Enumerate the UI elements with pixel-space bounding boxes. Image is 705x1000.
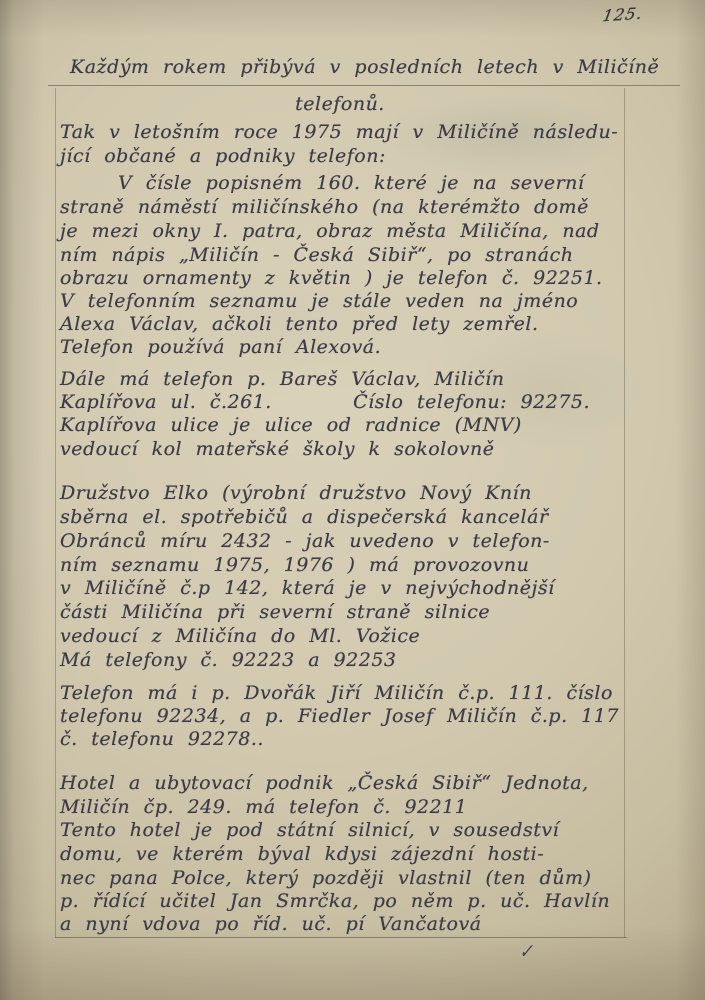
page-number: 125. [601, 4, 645, 26]
handwritten-line: vedoucí kol mateřské školy k sokolovně [60, 437, 494, 461]
handwritten-line: Alexa Václav, ačkoli tento před lety zem… [60, 312, 539, 336]
handwritten-line: telefonu 92234, a p. Fiedler Josef Milič… [60, 704, 619, 728]
handwritten-line: V čísle popisném 160. které je na severn… [118, 171, 584, 195]
checkmark-icon: ✓ [519, 941, 533, 964]
handwritten-line: Telefon používá paní Alexová. [60, 335, 381, 359]
closing-rule [55, 937, 627, 938]
handwritten-line: Dále má telefon p. Bareš Václav, Miličín [60, 367, 504, 391]
handwritten-line: Kaplířova ul. č.261. Číslo telefonu: 922… [60, 390, 590, 414]
handwritten-line: jící občané a podniky telefon: [60, 144, 386, 168]
handwritten-line: vedoucí z Miličína do Ml. Vožice [60, 624, 420, 648]
handwritten-line: Tak v letošním roce 1975 mají v Miličíně… [60, 120, 618, 144]
handwritten-line: ním nápis „Miličín - Česká Sibiř“, po st… [60, 243, 573, 267]
handwritten-line: Hotel a ubytovací podnik „Česká Sibiř“ J… [60, 771, 589, 795]
handwritten-line: domu, ve kterém býval kdysi zájezdní hos… [60, 842, 544, 866]
handwritten-line: obrazu ornamenty z květin ) je telefon č… [60, 266, 603, 290]
chronicle-page: 125. Každým rokem přibývá v posledních l… [0, 0, 705, 1000]
handwritten-line: Má telefony č. 92223 a 92253 [60, 648, 397, 672]
handwritten-line: Miličín čp. 249. má telefon č. 92211 [60, 795, 467, 819]
handwritten-line: v Miličíně č.p 142, která je v nejvýchod… [60, 576, 555, 600]
handwritten-line: č. telefonu 92278.. [60, 727, 264, 751]
handwritten-line: p. řídící učitel Jan Smrčka, po něm p. u… [60, 889, 610, 913]
frame-line-left [55, 88, 56, 938]
handwritten-line: a nyní vdova po říd. uč. pí Vančatová [60, 912, 482, 936]
heading-line: Každým rokem přibývá v posledních letech… [70, 55, 659, 79]
handwritten-line: je mezi okny I. patra, obraz města Milič… [60, 219, 600, 243]
handwritten-line: Družstvo Elko (výrobní družstvo Nový Kní… [60, 481, 532, 505]
heading-line: telefonů. [55, 92, 625, 116]
handwritten-line: straně náměstí miličínského (na kterémžt… [60, 195, 589, 219]
handwritten-line: V telefonním seznamu je stále veden na j… [60, 289, 578, 313]
handwritten-line: ním seznamu 1975, 1976 ) má provozovnu [60, 553, 529, 577]
handwritten-line: Kaplířova ulice je ulice od radnice (MNV… [60, 413, 522, 437]
handwritten-line: Telefon má i p. Dvořák Jiří Miličín č.p.… [60, 681, 613, 705]
handwritten-line: sběrna el. spotřebičů a dispečerská kanc… [60, 505, 549, 529]
handwritten-line: Obránců míru 2432 - jak uvedeno v telefo… [60, 529, 550, 553]
heading-underline [48, 85, 680, 86]
frame-line-right [624, 88, 625, 938]
handwritten-line: části Miličína při severní straně silnic… [60, 600, 490, 624]
handwritten-line: nec pana Polce, který později vlastnil (… [60, 866, 591, 890]
handwritten-line: Tento hotel je pod státní silnicí, v sou… [60, 818, 559, 842]
